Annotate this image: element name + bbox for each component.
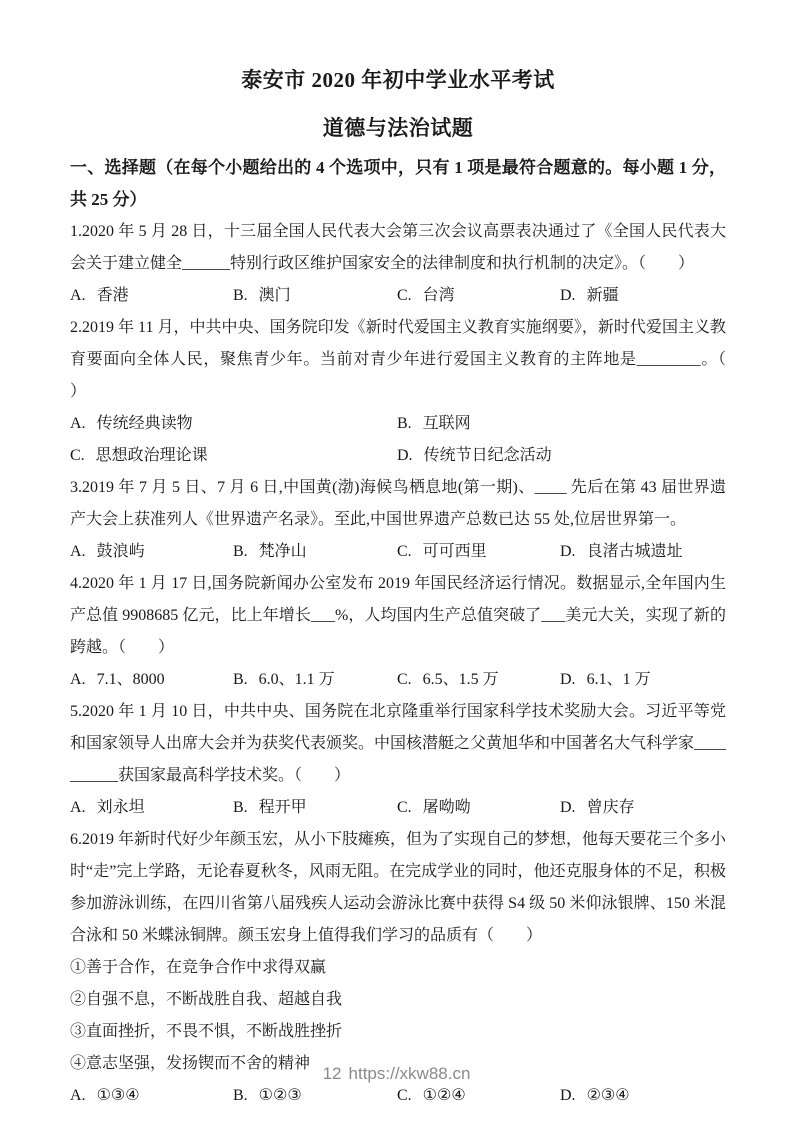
option-text: 刘永坦: [97, 799, 145, 816]
option-label: C.: [397, 799, 412, 816]
exam-page: 泰安市 2020 年初中学业水平考试 道德与法治试题 一、选择题（在每个小题给出…: [0, 0, 793, 1122]
option-label: D.: [560, 1087, 576, 1104]
question-2-stem: 2.2019 年 11 月，中共中央、国务院印发《新时代爱国主义教育实施纲要》，…: [70, 312, 726, 408]
option-label: A.: [70, 671, 86, 688]
question-6-option-a: A.①③④: [70, 1080, 233, 1112]
question-4: 4.2020 年 1 月 17 日,国务院新闻办公室发布 2019 年国民经济运…: [70, 568, 726, 696]
option-text: 屠呦呦: [423, 799, 471, 816]
option-text: ①③④: [97, 1087, 140, 1104]
page-title: 泰安市 2020 年初中学业水平考试: [70, 56, 726, 104]
option-text: 可可西里: [423, 543, 487, 560]
question-2: 2.2019 年 11 月，中共中央、国务院印发《新时代爱国主义教育实施纲要》，…: [70, 312, 726, 472]
question-1: 1.2020 年 5 月 28 日，十三届全国人民代表大会第三次会议高票表决通过…: [70, 216, 726, 312]
option-text: ②③④: [587, 1087, 630, 1104]
question-4-stem: 4.2020 年 1 月 17 日,国务院新闻办公室发布 2019 年国民经济运…: [70, 568, 726, 664]
option-text: 香港: [97, 287, 129, 304]
option-text: 6.0、1.1 万: [259, 671, 335, 688]
question-3: 3.2019 年 7 月 5 日、7 月 6 日,中国黄(渤)海候鸟栖息地(第一…: [70, 472, 726, 568]
question-5-options: A.刘永坦 B.程开甲 C.屠呦呦 D.曾庆存: [70, 792, 726, 824]
option-label: D.: [560, 543, 576, 560]
question-6-subitem-3: ③直面挫折，不畏不惧，不断战胜挫折: [70, 1016, 726, 1048]
option-label: D.: [560, 287, 576, 304]
question-3-option-d: D.良渚古城遗址: [560, 536, 726, 568]
option-text: 6.5、1.5 万: [423, 671, 499, 688]
option-text: 新疆: [587, 287, 619, 304]
question-2-option-a: A.传统经典读物: [70, 408, 397, 440]
question-6-subitem-2: ②自强不息，不断战胜自我、超越自我: [70, 984, 726, 1016]
question-5-option-b: B.程开甲: [233, 792, 397, 824]
question-1-stem: 1.2020 年 5 月 28 日，十三届全国人民代表大会第三次会议高票表决通过…: [70, 216, 726, 280]
question-5-option-d: D.曾庆存: [560, 792, 726, 824]
page-number: 12: [323, 1064, 342, 1083]
option-text: 梵净山: [259, 543, 307, 560]
page-subtitle: 道德与法治试题: [70, 104, 726, 152]
option-text: 台湾: [423, 287, 455, 304]
question-1-options: A.香港 B.澳门 C.台湾 D.新疆: [70, 280, 726, 312]
option-text: 鼓浪屿: [97, 543, 145, 560]
option-label: B.: [397, 415, 412, 432]
question-2-option-c: C.思想政治理论课: [70, 440, 397, 472]
option-text: 澳门: [259, 287, 291, 304]
question-2-option-d: D.传统节日纪念活动: [397, 440, 726, 472]
option-label: C.: [397, 671, 412, 688]
question-3-option-c: C.可可西里: [397, 536, 560, 568]
option-label: C.: [70, 447, 85, 464]
question-4-options: A.7.1、8000 B.6.0、1.1 万 C.6.5、1.5 万 D.6.1…: [70, 664, 726, 696]
question-2-options: A.传统经典读物 B.互联网 C.思想政治理论课 D.传统节日纪念活动: [70, 408, 726, 472]
question-3-option-b: B.梵净山: [233, 536, 397, 568]
option-label: D.: [560, 671, 576, 688]
question-5: 5.2020 年 1 月 10 日，中共中央、国务院在北京隆重举行国家科学技术奖…: [70, 696, 726, 824]
question-5-stem: 5.2020 年 1 月 10 日，中共中央、国务院在北京隆重举行国家科学技术奖…: [70, 696, 726, 792]
option-text: ①②③: [259, 1087, 302, 1104]
option-label: A.: [70, 543, 86, 560]
question-6-options: A.①③④ B.①②③ C.①②④ D.②③④: [70, 1080, 726, 1112]
option-text: 传统经典读物: [97, 415, 193, 432]
option-label: A.: [70, 287, 86, 304]
option-label: B.: [233, 671, 248, 688]
option-text: 思想政治理论课: [96, 447, 208, 464]
question-6-stem: 6.2019 年新时代好少年颜玉宏，从小下肢瘫痪，但为了实现自己的梦想，他每天要…: [70, 824, 726, 952]
question-1-option-a: A.香港: [70, 280, 233, 312]
option-text: 曾庆存: [587, 799, 635, 816]
question-6-subitem-1: ①善于合作，在竞争合作中求得双赢: [70, 952, 726, 984]
question-4-option-b: B.6.0、1.1 万: [233, 664, 397, 696]
option-label: A.: [70, 415, 86, 432]
option-label: C.: [397, 287, 412, 304]
question-1-option-c: C.台湾: [397, 280, 560, 312]
option-label: B.: [233, 543, 248, 560]
option-label: B.: [233, 1087, 248, 1104]
option-text: 良渚古城遗址: [587, 543, 683, 560]
option-label: D.: [560, 799, 576, 816]
option-text: 7.1、8000: [97, 671, 165, 688]
footer-watermark-url: https://xkw88.cn: [349, 1064, 471, 1083]
section-header: 一、选择题（在每个小题给出的 4 个选项中，只有 1 项是最符合题意的。每小题 …: [70, 152, 726, 216]
question-5-option-a: A.刘永坦: [70, 792, 233, 824]
question-1-option-d: D.新疆: [560, 280, 726, 312]
question-3-stem: 3.2019 年 7 月 5 日、7 月 6 日,中国黄(渤)海候鸟栖息地(第一…: [70, 472, 726, 536]
option-text: ①②④: [423, 1087, 466, 1104]
option-label: B.: [233, 799, 248, 816]
option-label: C.: [397, 1087, 412, 1104]
option-label: C.: [397, 543, 412, 560]
question-4-option-d: D.6.1、1 万: [560, 664, 726, 696]
question-3-options: A.鼓浪屿 B.梵净山 C.可可西里 D.良渚古城遗址: [70, 536, 726, 568]
option-text: 程开甲: [259, 799, 307, 816]
option-label: B.: [233, 287, 248, 304]
question-2-option-b: B.互联网: [397, 408, 726, 440]
question-3-option-a: A.鼓浪屿: [70, 536, 233, 568]
option-label: D.: [397, 447, 413, 464]
option-text: 传统节日纪念活动: [424, 447, 552, 464]
option-label: A.: [70, 799, 86, 816]
question-5-option-c: C.屠呦呦: [397, 792, 560, 824]
page-footer: 12https://xkw88.cn: [0, 1064, 793, 1084]
question-6-option-d: D.②③④: [560, 1080, 726, 1112]
question-6-option-c: C.①②④: [397, 1080, 560, 1112]
page-content: 泰安市 2020 年初中学业水平考试 道德与法治试题 一、选择题（在每个小题给出…: [70, 56, 726, 1112]
option-label: A.: [70, 1087, 86, 1104]
option-text: 互联网: [423, 415, 471, 432]
question-6-option-b: B.①②③: [233, 1080, 397, 1112]
question-1-option-b: B.澳门: [233, 280, 397, 312]
option-text: 6.1、1 万: [587, 671, 651, 688]
question-4-option-a: A.7.1、8000: [70, 664, 233, 696]
question-4-option-c: C.6.5、1.5 万: [397, 664, 560, 696]
